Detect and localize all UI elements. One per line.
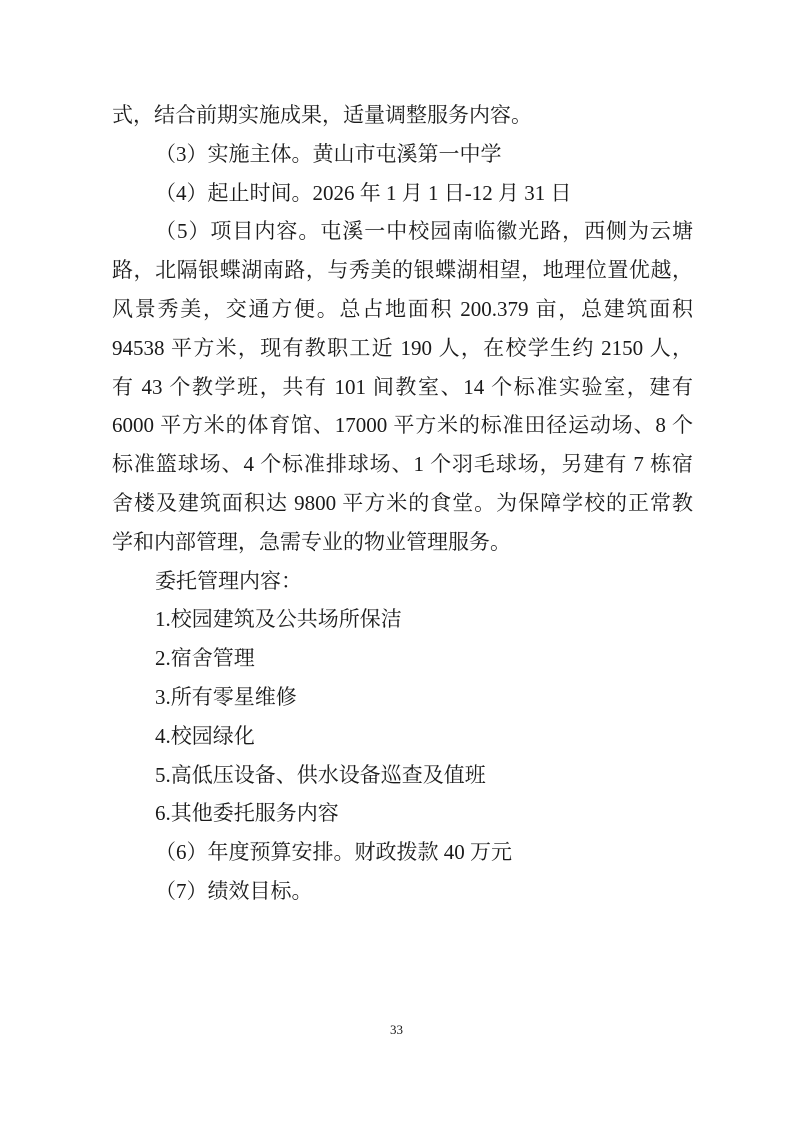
document-page: 式，结合前期实施成果，适量调整服务内容。 （3）实施主体。黄山市屯溪第一中学 （… <box>0 0 793 1122</box>
text-line: 委托管理内容： <box>112 562 693 601</box>
text-line: 6.其他委托服务内容 <box>112 794 693 833</box>
text-line: （4）起止时间。2026 年 1 月 1 日-12 月 31 日 <box>112 174 693 213</box>
text-line: 学和内部管理，急需专业的物业管理服务。 <box>112 523 693 562</box>
text-line: 6000 平方米的体育馆、17000 平方米的标准田径运动场、8 个 <box>112 406 693 445</box>
text-line: 标准篮球场、4 个标准排球场、1 个羽毛球场，另建有 7 栋宿 <box>112 445 693 484</box>
text-line: 5.高低压设备、供水设备巡查及值班 <box>112 756 693 795</box>
text-line: 有 43 个教学班，共有 101 间教室、14 个标准实验室，建有 <box>112 368 693 407</box>
text-line: 4.校园绿化 <box>112 717 693 756</box>
text-line: 式，结合前期实施成果，适量调整服务内容。 <box>112 96 693 135</box>
text-line: （6）年度预算安排。财政拨款 40 万元 <box>112 833 693 872</box>
text-line: 风景秀美，交通方便。总占地面积 200.379 亩，总建筑面积 <box>112 290 693 329</box>
text-line: 94538 平方米，现有教职工近 190 人，在校学生约 2150 人， <box>112 329 693 368</box>
page-body-text: 式，结合前期实施成果，适量调整服务内容。 （3）实施主体。黄山市屯溪第一中学 （… <box>112 96 693 911</box>
text-line: 3.所有零星维修 <box>112 678 693 717</box>
text-line: 舍楼及建筑面积达 9800 平方米的食堂。为保障学校的正常教 <box>112 484 693 523</box>
text-line: （3）实施主体。黄山市屯溪第一中学 <box>112 135 693 174</box>
text-line: 1.校园建筑及公共场所保洁 <box>112 600 693 639</box>
text-line: （7）绩效目标。 <box>112 872 693 911</box>
text-line: 路，北隔银蝶湖南路，与秀美的银蝶湖相望，地理位置优越， <box>112 251 693 290</box>
page-number: 33 <box>0 1022 793 1038</box>
text-line: 2.宿舍管理 <box>112 639 693 678</box>
text-line: （5）项目内容。屯溪一中校园南临徽光路，西侧为云塘 <box>112 212 693 251</box>
